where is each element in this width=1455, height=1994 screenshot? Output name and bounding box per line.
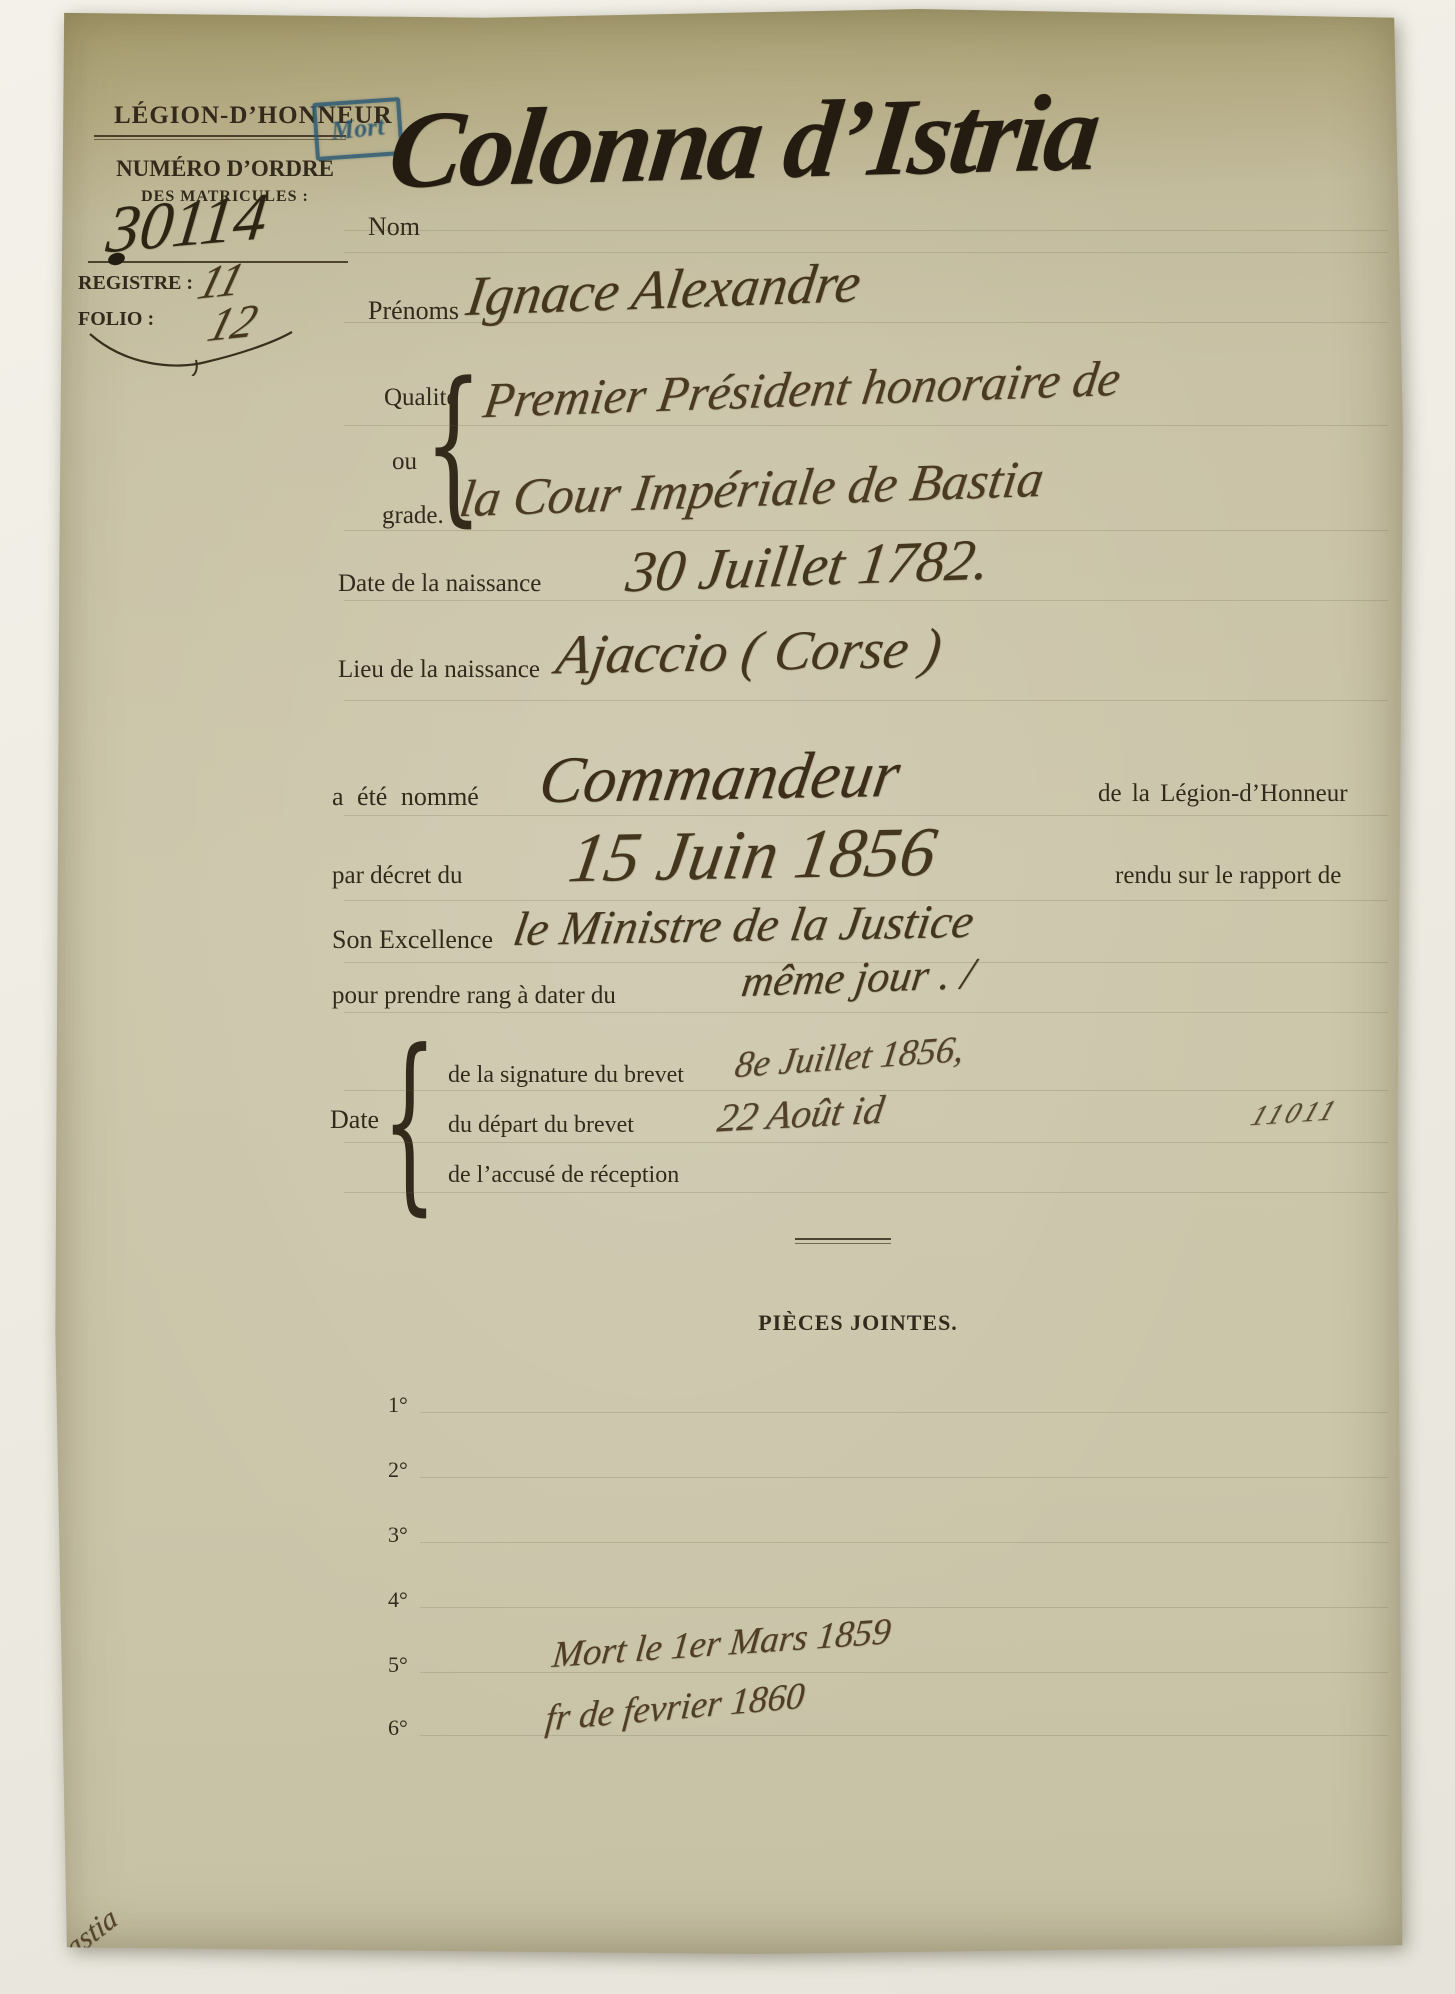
ruled-line [420,1672,1388,1673]
ruled-line [420,1735,1388,1736]
pieces-item-2: 2° [388,1457,408,1483]
date-depart-label: du départ du brevet [448,1112,634,1139]
ruled-line [420,1412,1388,1413]
mort-stamp-label: Mort [330,111,386,146]
nomme-label: a été nommé [332,782,479,812]
decret-label: par décret du [332,862,462,890]
rang-label: pour prendre rang à dater du [332,982,616,1010]
paper-sheet: LÉGION-D’HONNEUR Mort NUMÉRO D’ORDRE DES… [52,8,1405,1956]
date-brace: { [382,1026,437,1218]
ruled-line [344,252,1388,253]
ruled-line [344,230,1388,231]
ruled-line [344,1012,1388,1013]
ruled-line [344,322,1388,323]
nomme-suffix: de la Légion-d’Honneur [1098,780,1348,808]
ruled-line [344,700,1388,701]
ruled-line [344,530,1388,531]
qualite-value-line2: la Cour Impériale de Bastia [456,450,1047,530]
date-naissance-value: 30 Juillet 1782. [622,525,994,605]
ruled-line [344,600,1388,601]
date-brace-label: Date [330,1105,379,1135]
nom-value: Colonna d’Istria [383,69,1104,215]
ruled-line [344,900,1388,901]
lieu-naissance-value: Ajaccio ( Corse ) [552,617,946,688]
decret-suffix: rendu sur le rapport de [1115,862,1341,890]
excellence-value: le Ministre de la Justice [510,894,978,957]
ruled-line [344,1142,1388,1143]
prenoms-value: Ignace Alexandre [463,251,865,329]
excellence-label: Son Excellence [332,925,493,955]
date-naissance-label: Date de la naissance [338,570,541,598]
pieces-item-4: 4° [388,1587,408,1613]
title-underline-2 [94,139,346,140]
date-depart-value: 22 Août id [714,1085,887,1141]
decret-value: 15 Juin 1856 [564,813,942,900]
flourish [86,326,296,376]
death-note-line2: fr de fevrier 1860 [544,1674,807,1740]
numero-dordre-line1: NUMÉRO D’ORDRE [100,156,350,182]
ruled-line [344,1192,1388,1193]
lieu-naissance-label: Lieu de la naissance [338,656,540,684]
death-note-line1: Mort le 1er Mars 1859 [550,1610,893,1677]
pieces-item-1: 1° [388,1392,408,1418]
ruled-line [420,1542,1388,1543]
qualite-label-2: ou [392,448,417,476]
pieces-item-3: 3° [388,1522,408,1548]
section-divider [795,1238,891,1240]
pieces-item-6: 6° [388,1715,408,1741]
rang-value: même jour . / [738,948,977,1007]
qualite-value-line1: Premier Président honoraire de [480,349,1124,430]
nomme-value: Commandeur [534,737,905,819]
date-signature-label: de la signature du brevet [448,1062,684,1089]
registre-label: REGISTRE : [78,272,193,295]
corner-note: Bastia [46,1901,124,1978]
ruled-line [344,815,1388,816]
pieces-item-5: 5° [388,1652,408,1678]
ruled-line [420,1477,1388,1478]
document-scan: LÉGION-D’HONNEUR Mort NUMÉRO D’ORDRE DES… [0,0,1455,1994]
section-divider-2 [795,1243,891,1244]
nom-label: Nom [368,212,420,242]
ruled-line [344,1090,1388,1091]
pieces-jointes-title: PIÈCES JOINTES. [758,1310,958,1336]
ruled-line [344,962,1388,963]
ruled-line [344,425,1388,426]
margin-number: 11011 [1246,1095,1344,1134]
date-accuse-label: de l’accusé de réception [448,1162,679,1189]
ruled-line [420,1607,1388,1608]
date-signature-value: 8e Juillet 1856, [732,1028,967,1088]
title-underline [94,135,346,137]
